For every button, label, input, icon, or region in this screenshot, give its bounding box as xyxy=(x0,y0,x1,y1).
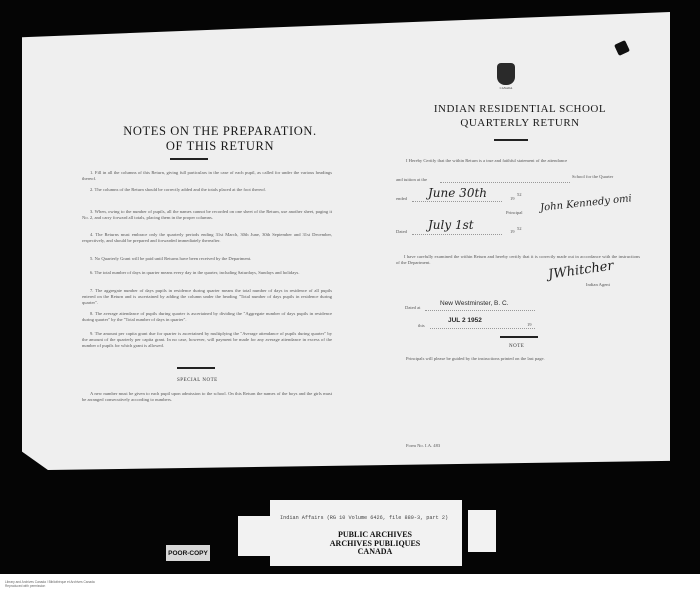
footer-bar xyxy=(0,574,700,592)
note-1: 1. Fill in all the columns of this Retur… xyxy=(82,170,332,182)
agent-label: Indian Agent xyxy=(586,282,610,287)
note-8: 8. The average attendance of pupils duri… xyxy=(82,311,332,323)
note-9: 9. The amount per capita grant due for q… xyxy=(82,331,332,349)
dated-label: Dated xyxy=(396,229,407,234)
dated-year: 52 xyxy=(517,226,522,231)
dated-value: July 1st xyxy=(428,218,474,232)
ended-value: June 30th xyxy=(428,186,487,200)
dated-at-field xyxy=(425,310,535,311)
this-value: JUL 2 1952 xyxy=(448,317,482,324)
divider xyxy=(170,158,208,160)
crest-caption: CANADA xyxy=(494,86,518,90)
archive-reference: Indian Affairs (RG 10 Volume 6426, file … xyxy=(280,515,448,521)
tuition-label: and tuition at the xyxy=(396,177,427,182)
canada-crest-icon xyxy=(497,63,515,85)
this-field xyxy=(430,328,535,329)
return-title: INDIAN RESIDENTIAL SCHOOL QUARTERLY RETU… xyxy=(420,102,620,130)
notes-title-line2: OF THIS RETURN xyxy=(100,139,340,154)
return-title-line2: QUARTERLY RETURN xyxy=(420,116,620,130)
this-suffix: 19 xyxy=(527,322,532,327)
principal-label: Principal xyxy=(506,210,523,215)
dated-year-prefix: 19 xyxy=(510,229,515,234)
certify-text: I Hereby Certify that the within Return … xyxy=(406,158,567,163)
school-name-field xyxy=(440,182,570,183)
note-text: Principals will please be guided by the … xyxy=(406,356,545,361)
archive-line3: CANADA xyxy=(320,548,430,557)
poor-copy-stamp: POOR-COPY xyxy=(166,545,210,561)
ended-label: ended xyxy=(396,196,407,201)
label-flap-right xyxy=(468,510,496,552)
note-2: 2. The columns of the Return should be c… xyxy=(82,187,332,193)
school-label: School for the Quarter xyxy=(572,174,613,179)
divider xyxy=(494,139,528,141)
form-number: Form No. I.A. 483 xyxy=(406,443,440,448)
ended-year-prefix: 19 xyxy=(510,196,515,201)
return-title-line1: INDIAN RESIDENTIAL SCHOOL xyxy=(420,102,620,116)
dated-at-label: Dated at xyxy=(405,305,420,310)
note-3: 3. When, owing to the number of pupils, … xyxy=(82,209,332,221)
note-4: 4. The Returns must embrace only the qua… xyxy=(82,232,332,244)
ended-year: 52 xyxy=(517,192,522,197)
note-5: 5. No Quarterly Grant will be paid until… xyxy=(82,256,332,262)
notes-title: NOTES ON THE PREPARATION. OF THIS RETURN xyxy=(100,124,340,154)
note-7: 7. The aggregate number of days pupils i… xyxy=(82,288,332,306)
notes-title-line1: NOTES ON THE PREPARATION. xyxy=(100,124,340,139)
dated-field xyxy=(412,234,502,235)
ended-field xyxy=(412,201,502,202)
note-6: 6. The total number of days in quarter m… xyxy=(82,270,332,276)
divider xyxy=(177,367,215,369)
footer-line2: Reproduced with permission xyxy=(5,584,95,588)
dated-at-value: New Westminster, B. C. xyxy=(440,300,509,307)
footer: Library and Archives Canada / Bibliothèq… xyxy=(5,580,95,588)
archive-stamp: PUBLIC ARCHIVES ARCHIVES PUBLIQUES CANAD… xyxy=(320,531,430,557)
this-label: this xyxy=(418,323,425,328)
special-note-text: A new number must be given to each pupil… xyxy=(82,391,332,403)
special-note-heading: SPECIAL NOTE xyxy=(177,378,218,383)
note-heading: NOTE xyxy=(509,344,524,349)
divider xyxy=(500,336,538,338)
